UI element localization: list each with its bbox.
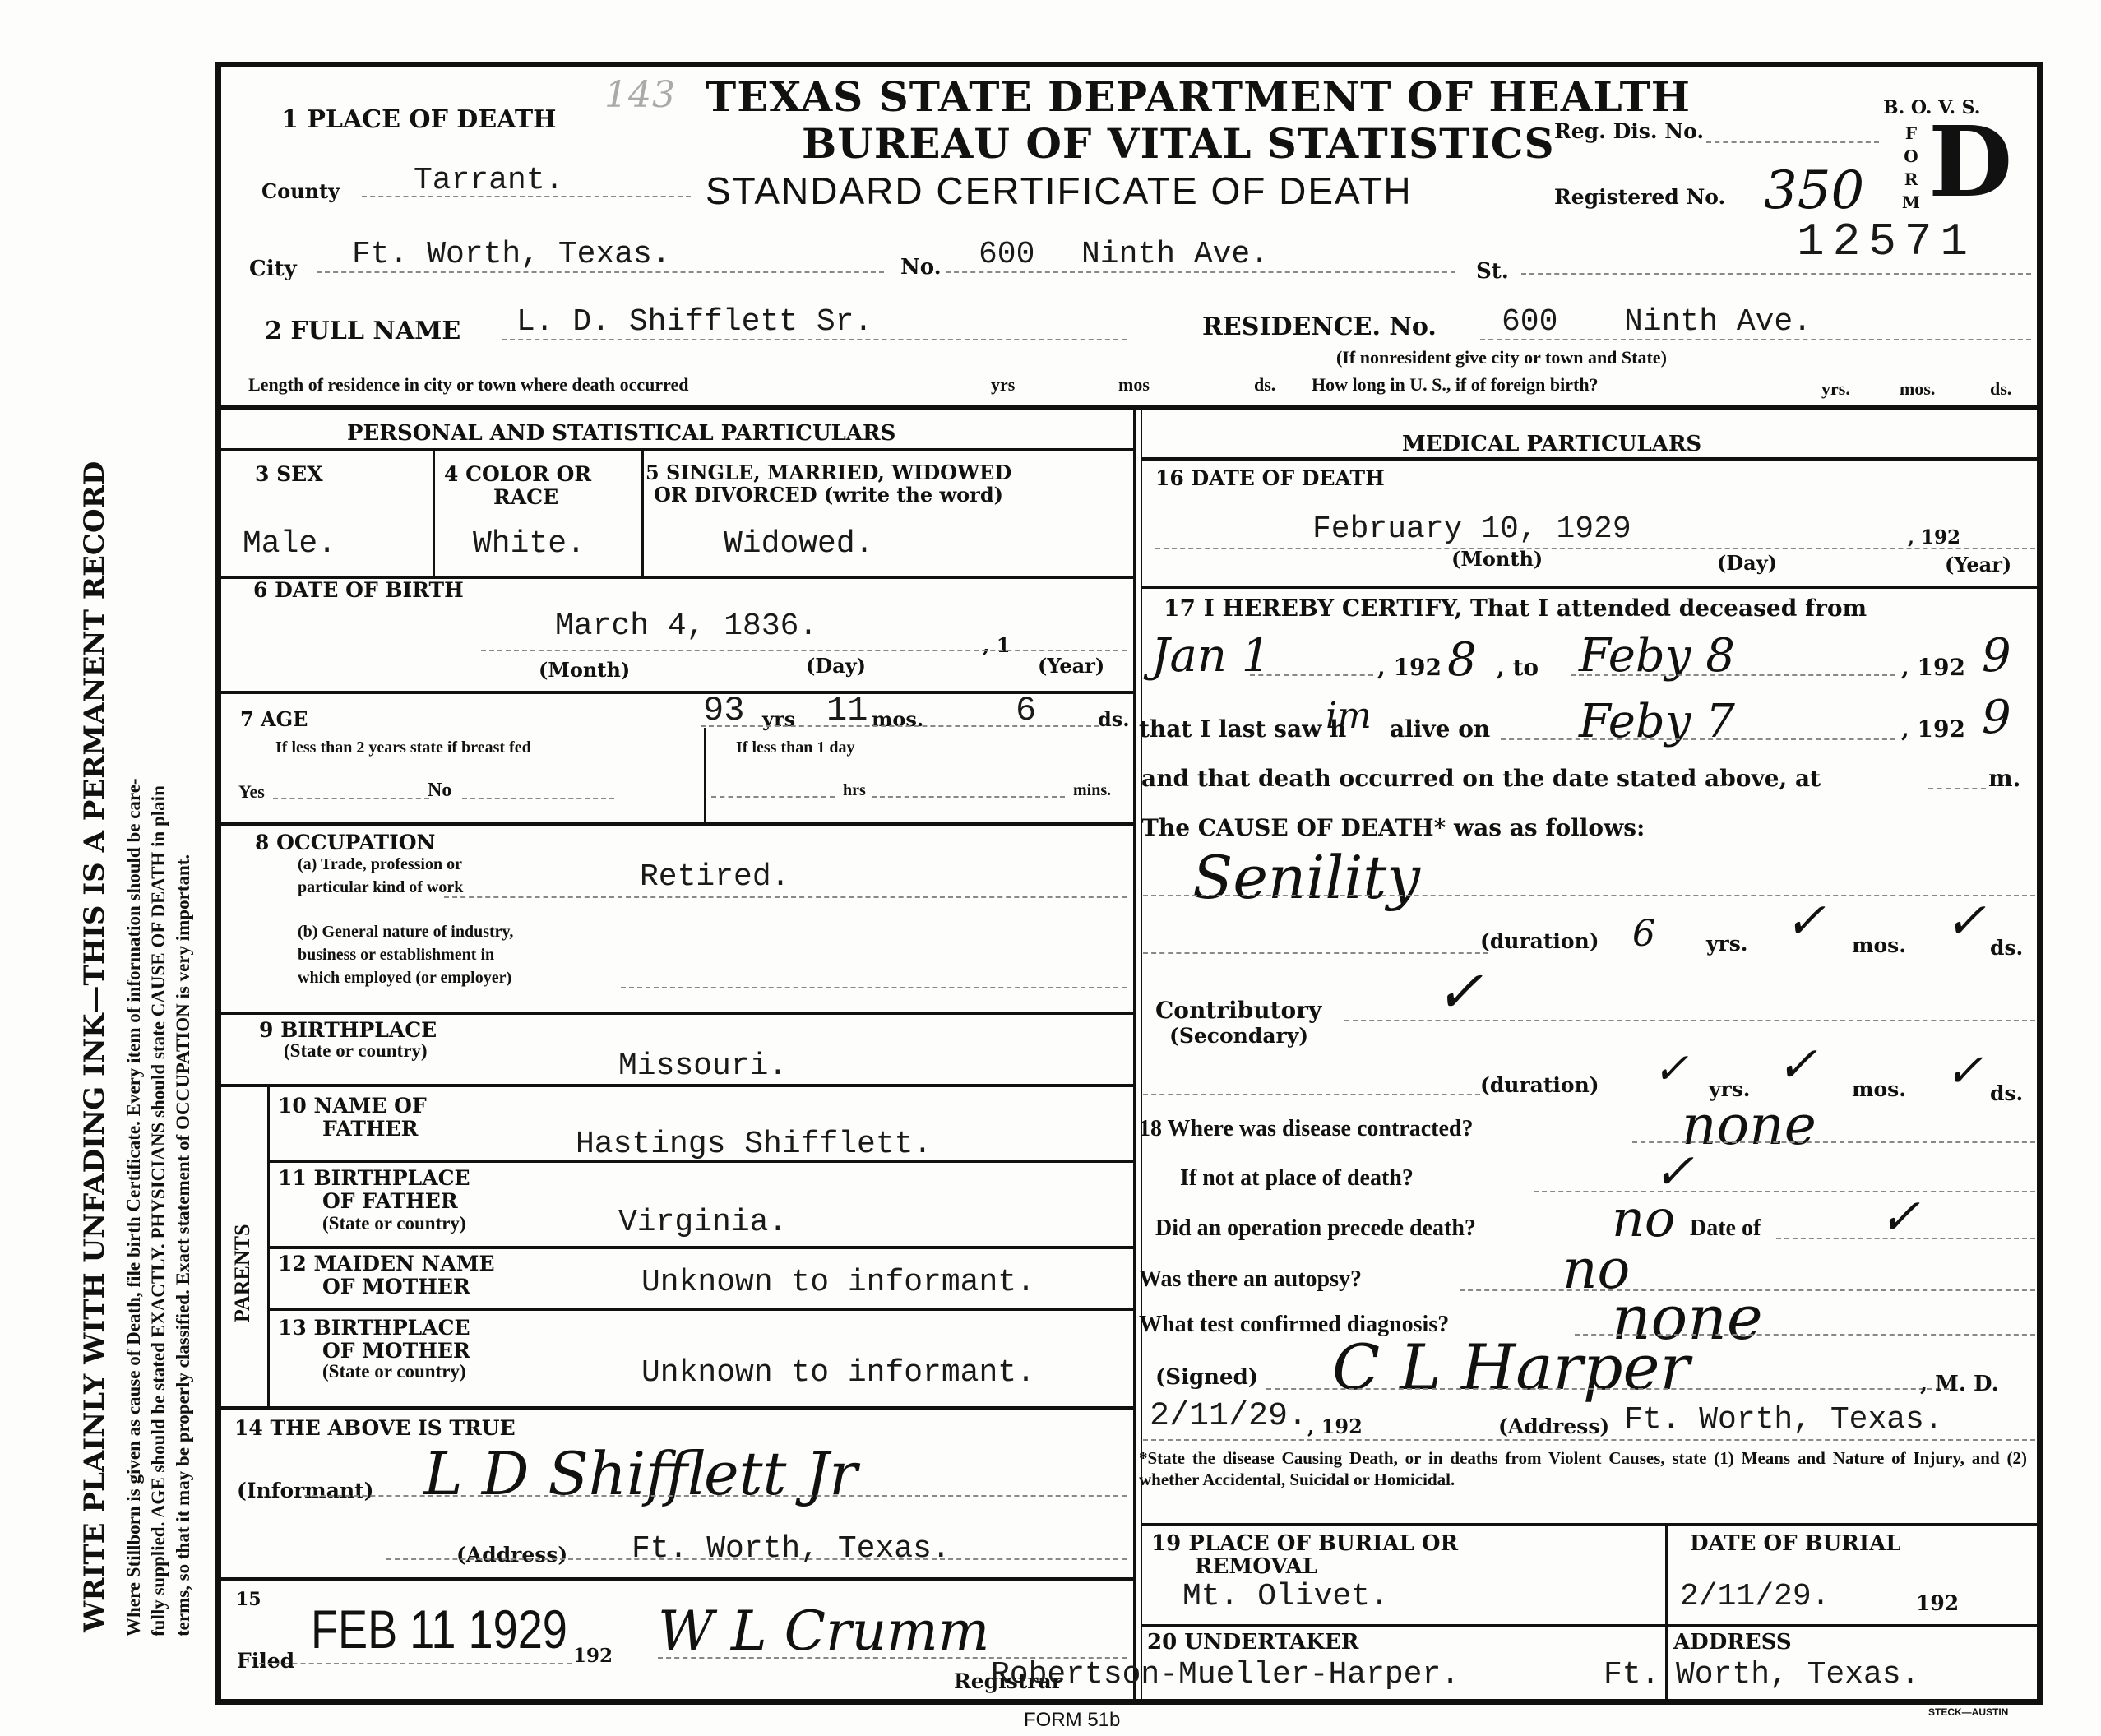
sex-value: Male.	[243, 526, 336, 562]
county-label: County	[261, 179, 340, 203]
check-mark-icon: ✓	[1776, 1036, 1817, 1094]
check-mark-icon: ✓	[1784, 892, 1826, 950]
age-ds-label: ds.	[1098, 707, 1130, 731]
signed-date-value: 2/11/29.	[1150, 1398, 1307, 1435]
father-bp-value: Virginia.	[618, 1205, 787, 1240]
street-value: Ninth Ave.	[1081, 237, 1269, 272]
registered-no: 350	[1764, 160, 1864, 221]
not-place-of-death-label: If not at place of death?	[1180, 1165, 1414, 1192]
hours-label: hrs	[843, 781, 866, 800]
father-name-label-2: FATHER	[322, 1117, 418, 1141]
check-mark-icon: ✓	[1435, 958, 1483, 1025]
dob-day-caption: (Day)	[806, 654, 866, 678]
occupation-a-line2: particular kind of work	[298, 878, 463, 897]
death-occurred-statement: and that death occurred on the date stat…	[1141, 765, 1821, 792]
last-saw-year-digit: 9	[1982, 691, 2011, 744]
race-label-1: 4 COLOR OR	[444, 462, 591, 486]
nonresident-note: (If nonresident give city or town and St…	[1336, 347, 1667, 368]
informant-label: (Informant)	[237, 1479, 374, 1502]
check-mark-icon: ✓	[1653, 1044, 1689, 1094]
length-residence-label: Length of residence in city or town wher…	[248, 374, 688, 396]
birthplace-label: 9 BIRTHPLACE	[259, 1018, 437, 1042]
form-letters: FORM	[1901, 123, 1921, 215]
medical-heading: MEDICAL PARTICULARS	[1402, 432, 1701, 456]
form-number: FORM 51b	[1024, 1709, 1120, 1732]
mother-bp-label-1: 13 BIRTHPLACE	[278, 1316, 470, 1340]
birthplace-value: Missouri.	[618, 1049, 787, 1084]
last-saw-label: that I last saw h	[1139, 715, 1346, 743]
city-value: Ft. Worth, Texas.	[352, 237, 671, 272]
city-label: City	[249, 257, 297, 281]
age-mos-label: mos.	[872, 707, 923, 731]
dob-label: 6 DATE OF BIRTH	[253, 578, 464, 602]
dob-year-caption: (Year)	[1038, 654, 1104, 678]
full-name-value: L. D. Shifflett Sr.	[516, 304, 872, 340]
alive-on-label: alive on	[1390, 715, 1490, 743]
age-label: 7 AGE	[240, 707, 308, 731]
attended-from-year-digit: 8	[1447, 633, 1477, 687]
dod-value: February 10, 1929	[1312, 512, 1631, 547]
autopsy-label: Was there an autopsy?	[1139, 1266, 1362, 1293]
filed-number: 15	[236, 1589, 261, 1610]
informant-address-value: Ft. Worth, Texas.	[632, 1531, 951, 1567]
certificate-title: STANDARD CERTIFICATE OF DEATH	[706, 169, 1413, 213]
physician-address-value: Ft. Worth, Texas.	[1624, 1402, 1943, 1437]
dob-month-caption: (Month)	[539, 658, 630, 682]
residence-street: Ninth Ave.	[1624, 304, 1812, 340]
attended-to-year-digit: 9	[1982, 629, 2011, 683]
full-name-label: 2 FULL NAME	[265, 317, 460, 345]
dod-year-caption: (Year)	[1945, 553, 2011, 576]
dob-year-prefix: , 1	[983, 633, 1010, 657]
filed-date-stamp: FEB 11 1929	[311, 1598, 567, 1660]
last-saw-year-prefix: , 192	[1901, 715, 1965, 743]
length-mos: mos	[1118, 374, 1150, 396]
serial-number: 12571	[1797, 215, 1976, 268]
dod-month-caption: (Month)	[1451, 547, 1543, 571]
cause-duration-yrs: yrs.	[1706, 932, 1747, 956]
parents-side-label: PARENTS	[230, 1224, 255, 1322]
attended-to-label: , to	[1497, 654, 1539, 681]
last-saw-pronoun: im	[1326, 695, 1372, 737]
pencil-mark: 143	[604, 74, 676, 116]
reg-dis-label: Reg. Dis. No.	[1554, 119, 1704, 143]
secondary-duration-mos: mos.	[1852, 1077, 1906, 1101]
cause-of-death-value: Senility	[1192, 843, 1420, 912]
bureau-title: BUREAU OF VITAL STATISTICS	[802, 119, 1555, 168]
dod-day-caption: (Day)	[1717, 551, 1777, 575]
father-name-label-1: 10 NAME OF	[278, 1094, 427, 1118]
death-certificate: WRITE PLAINLY WITH UNFADING INK—THIS IS …	[0, 0, 2101, 1736]
dod-year-prefix: , 192	[1908, 526, 1960, 549]
registered-no-label: Registered No.	[1554, 185, 1725, 209]
mother-name-value: Unknown to informant.	[641, 1265, 1035, 1300]
occupation-value: Retired.	[640, 859, 789, 895]
mother-bp-label-2: OF MOTHER	[322, 1339, 470, 1363]
foreign-ds: ds.	[1990, 378, 2011, 400]
contributory-label: Contributory	[1155, 997, 1321, 1024]
signed-label: (Signed)	[1155, 1365, 1258, 1390]
filed-year-suffix: 192	[573, 1645, 613, 1667]
sidebar-instruction-4: terms, so that it may be properly classi…	[173, 854, 194, 1636]
cause-duration-label: (duration)	[1480, 929, 1599, 953]
dob-value: March 4, 1836.	[555, 609, 817, 644]
mother-bp-value: Unknown to informant.	[641, 1355, 1035, 1391]
cause-duration-years: 6	[1632, 913, 1655, 955]
sidebar-instruction-1: WRITE PLAINLY WITH UNFADING INK—THIS IS …	[78, 461, 111, 1632]
undertaker-label: 20 UNDERTAKER	[1147, 1630, 1358, 1655]
md-label: , M. D.	[1920, 1372, 1999, 1396]
occupation-b-line2: business or establishment in	[298, 946, 494, 965]
personal-heading: PERSONAL AND STATISTICAL PARTICULARS	[347, 421, 895, 446]
length-yrs: yrs	[991, 374, 1015, 396]
death-time-m: m.	[1988, 765, 2020, 792]
sex-label: 3 SEX	[255, 462, 323, 486]
minutes-label: mins.	[1073, 781, 1111, 800]
undertaker-ft: Ft.	[1604, 1657, 1659, 1692]
where-contracted-value: none	[1682, 1094, 1816, 1157]
residence-no: 600	[1502, 304, 1557, 340]
age-years: 93	[703, 691, 744, 730]
operation-label: Did an operation precede death?	[1155, 1215, 1476, 1242]
burial-date-label: DATE OF BURIAL	[1690, 1531, 1901, 1556]
undertaker-address-value: Worth, Texas.	[1676, 1657, 1919, 1692]
last-saw-date: Feby 7	[1579, 695, 1735, 748]
attended-from-year-prefix: , 192	[1377, 654, 1442, 681]
filed-label: Filed	[237, 1649, 294, 1673]
informant-address-label: (Address)	[456, 1543, 567, 1567]
mother-bp-sub: (State or country)	[322, 1361, 466, 1382]
secondary-label: (Secondary)	[1169, 1024, 1308, 1048]
occupation-b-line3: which employed (or employer)	[298, 969, 511, 988]
physician-address-label: (Address)	[1498, 1414, 1609, 1438]
breastfed-no: No	[428, 780, 451, 802]
burial-year-suffix: 192	[1916, 1591, 1959, 1615]
registrar-signature: W L Crumm	[658, 1599, 989, 1663]
street-no-label: No.	[900, 255, 942, 280]
mother-name-label-2: OF MOTHER	[322, 1275, 470, 1299]
father-name-value: Hastings Shifflett.	[576, 1127, 932, 1162]
informant-heading: 14 THE ABOVE IS TRUE	[234, 1416, 516, 1440]
father-bp-label-1: 11 BIRTHPLACE	[278, 1166, 470, 1190]
certify-statement: 17 I HEREBY CERTIFY, That I attended dec…	[1164, 595, 1867, 622]
cause-label: The CAUSE OF DEATH* was as follows:	[1141, 814, 1645, 841]
secondary-duration-ds: ds.	[1990, 1081, 2023, 1105]
dod-label: 16 DATE OF DEATH	[1155, 466, 1385, 490]
undertaker-address-label: ADDRESS	[1673, 1630, 1792, 1655]
street-label: St.	[1476, 259, 1509, 284]
marital-value: Widowed.	[724, 526, 873, 562]
burial-place-value: Mt. Olivet.	[1182, 1579, 1389, 1614]
attended-to-year-prefix: , 192	[1901, 654, 1965, 681]
form-code: D	[1928, 113, 2013, 211]
breastfed-yes: Yes	[238, 781, 265, 803]
foreign-mos: mos.	[1900, 378, 1935, 400]
street-no: 600	[979, 237, 1034, 272]
father-bp-sub: (State or country)	[322, 1213, 466, 1234]
secondary-duration-label: (duration)	[1480, 1073, 1599, 1097]
less-than-day-note: If less than 1 day	[736, 738, 854, 757]
father-bp-label-2: OF FATHER	[322, 1189, 458, 1213]
where-contracted-label: 18 Where was disease contracted?	[1139, 1116, 1473, 1142]
undertaker-value: Robertson-Mueller-Harper.	[991, 1657, 1460, 1692]
burial-date-value: 2/11/29.	[1680, 1579, 1830, 1614]
sidebar-instruction-3: fully supplied. AGE should be stated EXA…	[148, 785, 169, 1636]
printer-credit: STECK—AUSTIN	[1928, 1706, 2008, 1718]
occupation-label: 8 OCCUPATION	[255, 831, 435, 854]
cause-duration-mos: mos.	[1852, 933, 1906, 957]
check-mark-icon: ✓	[1945, 892, 1986, 950]
foreign-label: How long in U. S., if of foreign birth?	[1312, 374, 1599, 396]
signed-year-prefix: , 192	[1307, 1414, 1363, 1438]
cause-duration-ds: ds.	[1990, 936, 2023, 960]
mother-name-label-1: 12 MAIDEN NAME	[278, 1252, 495, 1275]
county-value: Tarrant.	[414, 163, 563, 198]
marital-label-1: 5 SINGLE, MARRIED, WIDOWED	[646, 461, 1011, 484]
burial-place-label-2: REMOVAL	[1195, 1554, 1317, 1579]
age-yrs-label: yrs	[762, 707, 795, 731]
marital-label-2: OR DIVORCED (write the word)	[654, 483, 1003, 507]
place-of-death-label: 1 PLACE OF DEATH	[281, 105, 557, 134]
age-months: 11	[826, 691, 868, 730]
physician-signature: C L Harper	[1332, 1331, 1690, 1404]
foreign-yrs: yrs.	[1821, 378, 1850, 400]
occupation-b-line1: (b) General nature of industry,	[298, 923, 513, 942]
check-mark-icon: ✓	[1945, 1044, 1983, 1098]
dept-title: TEXAS STATE DEPARTMENT OF HEALTH	[706, 72, 1691, 121]
operation-date-label: Date of	[1690, 1215, 1761, 1242]
age-days: 6	[1016, 691, 1036, 730]
breastfed-note: If less than 2 years state if breast fed	[275, 738, 531, 757]
residence-label: RESIDENCE. No.	[1202, 312, 1437, 341]
burial-place-label-1: 19 PLACE OF BURIAL OR	[1151, 1531, 1458, 1556]
cause-footnote: *State the disease Causing Death, or in …	[1139, 1447, 2027, 1490]
informant-signature: L D Shifflett Jr	[423, 1439, 858, 1508]
length-ds: ds.	[1254, 374, 1275, 396]
occupation-a-line1: (a) Trade, profession or	[298, 855, 462, 874]
race-label-2: RACE	[493, 485, 558, 509]
race-value: White.	[473, 526, 585, 562]
birthplace-sub: (State or country)	[284, 1040, 428, 1062]
sidebar-instruction-2: Where Stillborn is given as cause of Dea…	[123, 778, 145, 1636]
